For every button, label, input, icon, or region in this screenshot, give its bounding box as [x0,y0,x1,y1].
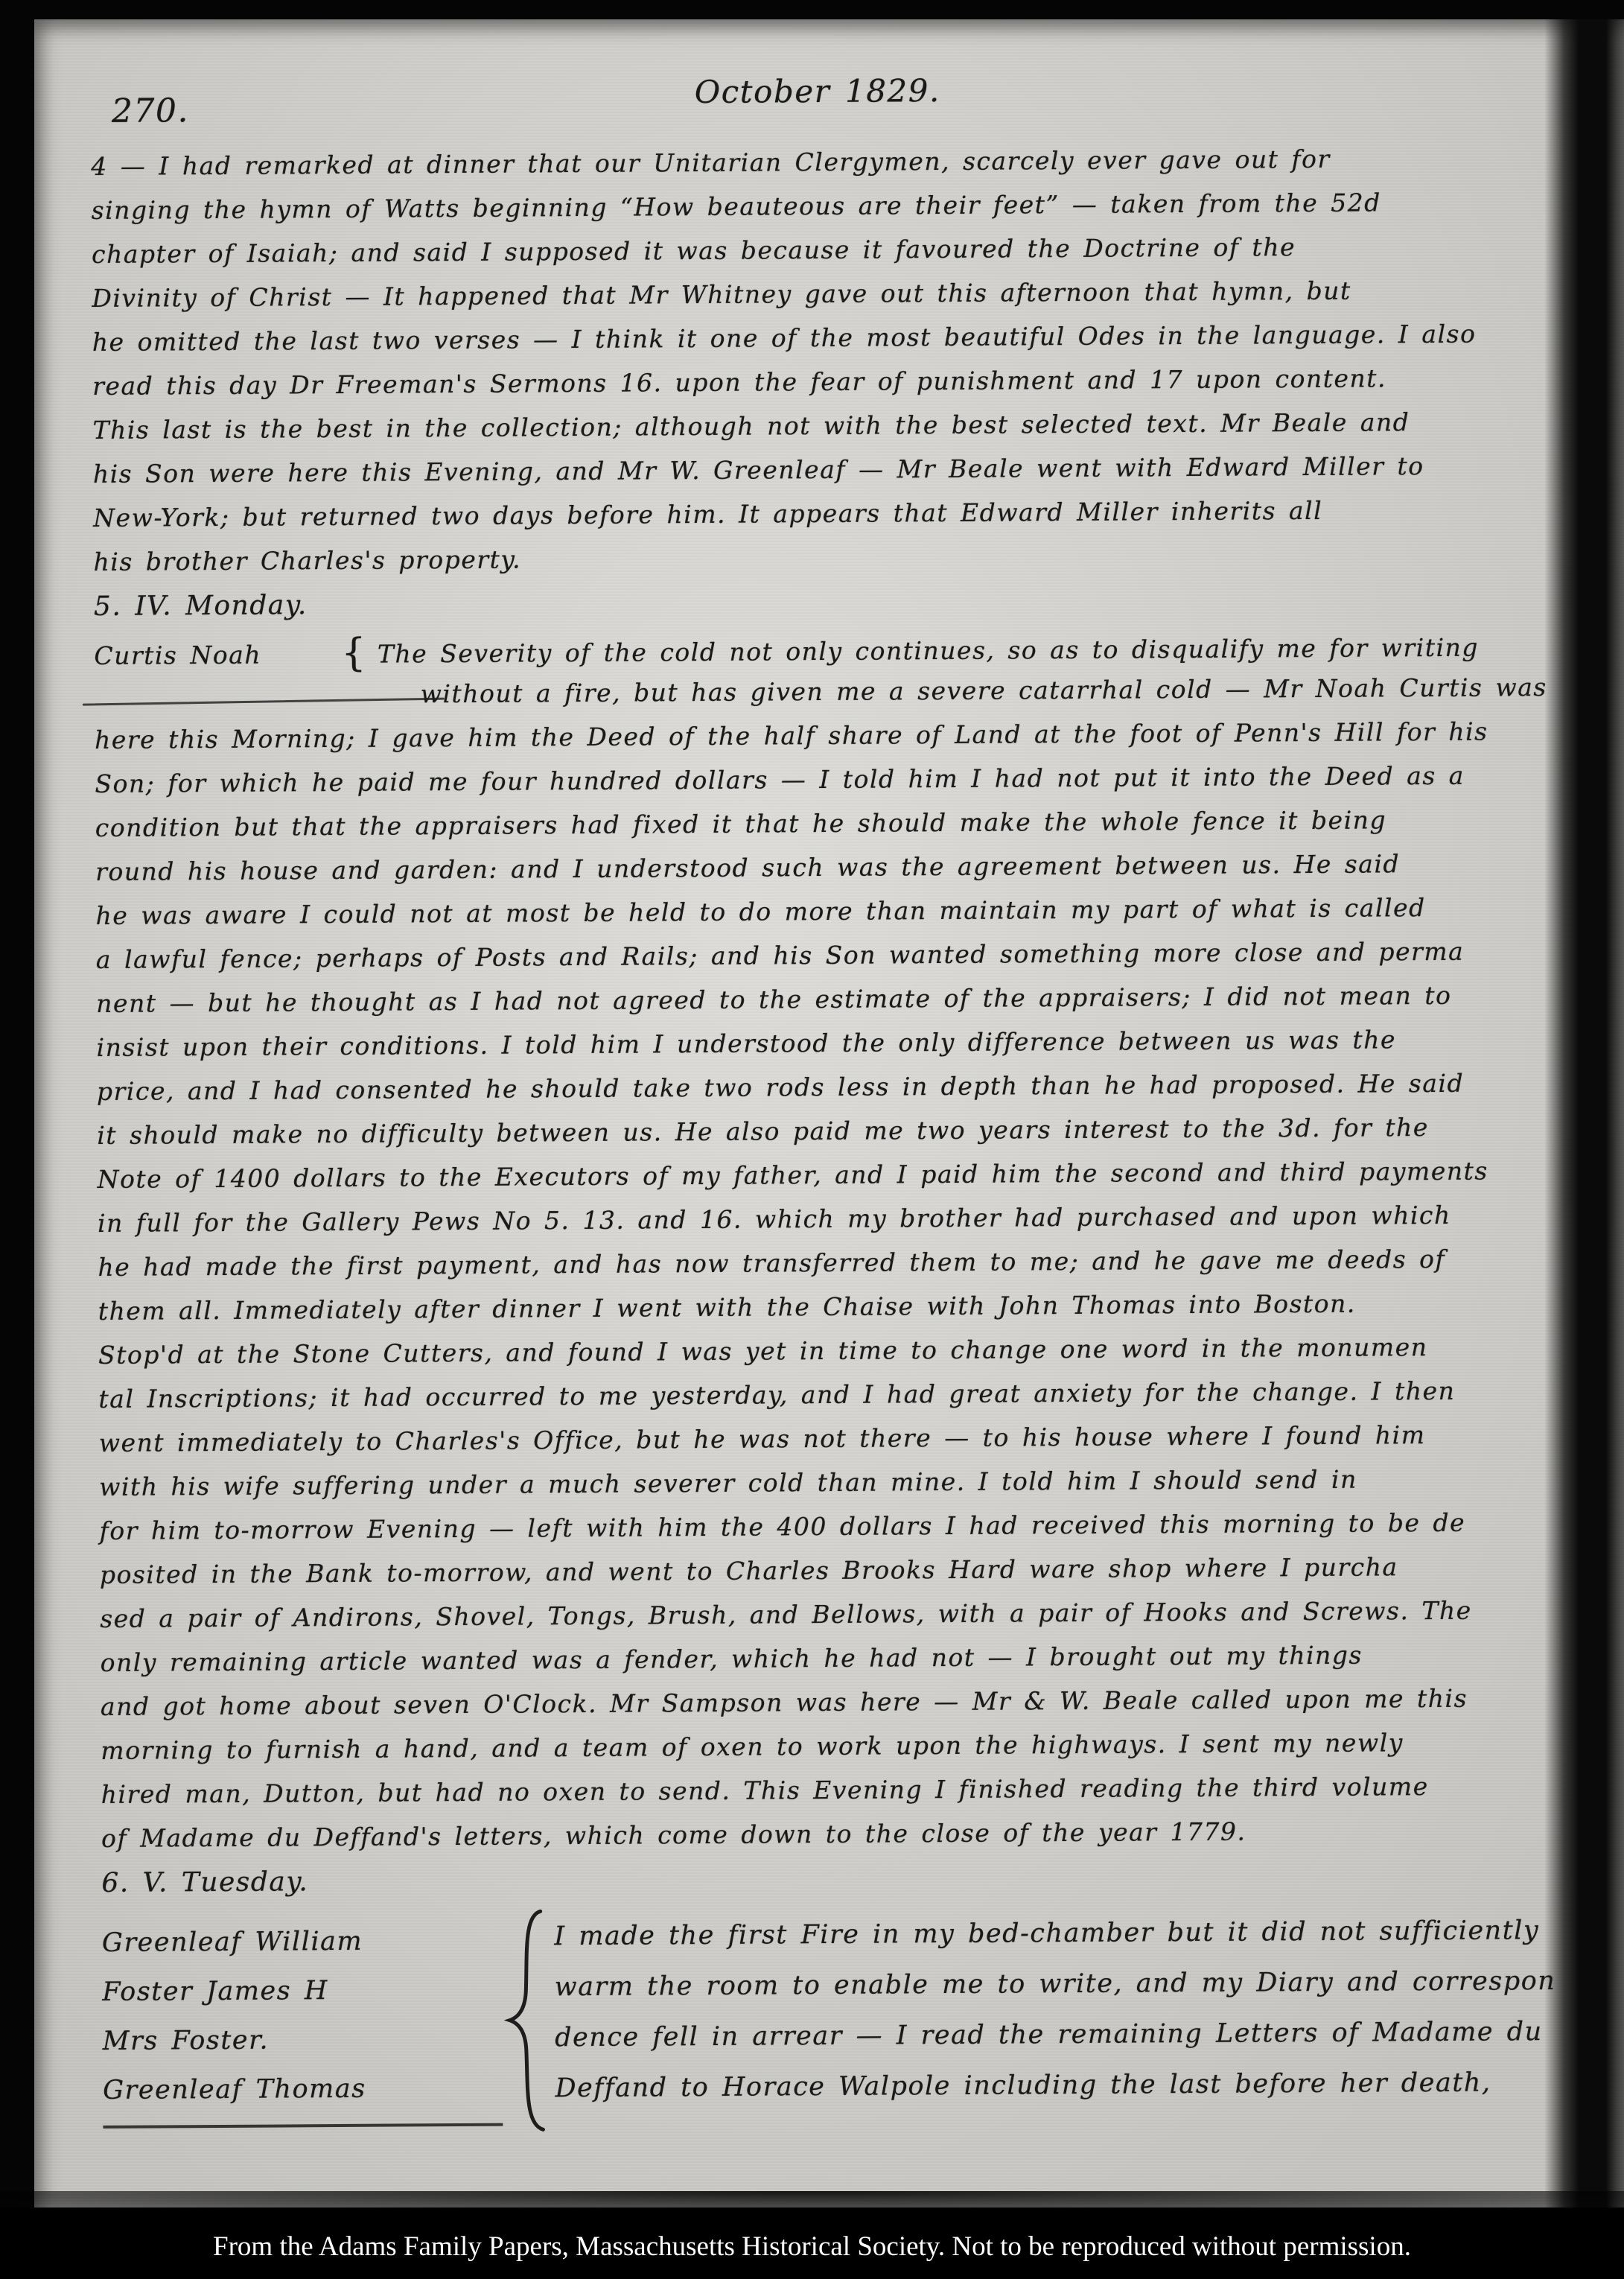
margin-name-row: Curtis Noah{The Severity of the cold not… [94,621,1548,718]
diary-line: singing the hymn of Watts beginning “How… [92,179,1545,232]
margin-name: Greenleaf Thomas [103,2064,503,2115]
archive-credit-text: From the Adams Family Papers, Massachuse… [0,2231,1624,2263]
margin-name: Greenleaf William [102,1916,503,1968]
diary-line: warm the room to enable me to write, and… [555,1956,1556,2012]
page-header-date: October 1829. [91,69,1544,114]
margin-name: Foster James H [102,1965,503,2017]
diary-page-scan: 270. October 1829. 4 — I had remarked at… [0,0,1624,2279]
manuscript-paper: 270. October 1829. 4 — I had remarked at… [34,19,1624,2210]
margin-names-column: Greenleaf William Foster James H Mrs Fos… [102,1909,503,2129]
margin-name-curtis-noah: Curtis Noah [94,632,341,678]
diary-line: hired man, Dutton, but had no oxen to se… [101,1764,1555,1816]
diary-line: his Son were here this Evening, and Mr W… [93,443,1547,496]
diary-line: dence fell in arrear — I read the remain… [555,2006,1556,2063]
diary-line-text: The Severity of the cold not only contin… [378,633,1479,669]
book-gutter-shadow [1544,19,1624,2210]
entry-heading: 6. V. Tuesday. [101,1852,1555,1907]
archive-credit-band: From the Adams Family Papers, Massachuse… [0,2208,1624,2279]
diary-line: Deffand to Horace Walpole including the … [555,2057,1556,2114]
brace-mark: { [341,632,367,676]
brace-mark [502,1908,555,2132]
entry-6-text: I made the first Fire in my bed-chamber … [554,1902,1556,2114]
handwritten-text-block: 270. October 1829. 4 — I had remarked at… [91,58,1557,2135]
joint-entry-block: Greenleaf William Foster James H Mrs Fos… [102,1902,1557,2135]
entry-october-5: 5. IV. Monday. Curtis Noah{The Severity … [94,575,1555,1860]
margin-name: Mrs Foster. [103,2015,503,2066]
diary-line: I made the first Fire in my bed-chamber … [554,1905,1555,1962]
entry-october-6: 6. V. Tuesday. Greenleaf William Foster … [101,1852,1556,2135]
page-header: 270. October 1829. [91,58,1545,144]
entry-october-4: 4 — I had remarked at dinner that our Un… [91,136,1547,584]
